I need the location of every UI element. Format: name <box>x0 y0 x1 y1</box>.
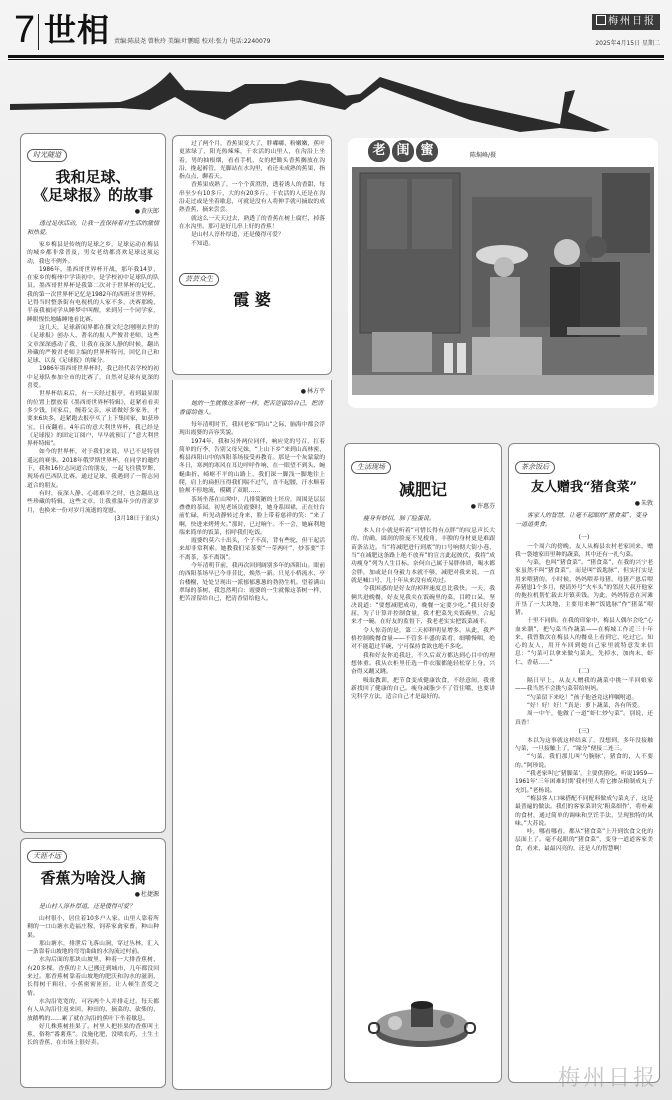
article-body: 山村很小，居住着10多户人家。山里人靠着所剩的一口山塘水造福庄稼，饲养家禽家畜，… <box>27 915 159 1048</box>
newspaper-logo: 梅州日报 <box>592 14 660 30</box>
newspaper-name: 梅州日报 <box>608 16 656 27</box>
article-byline: 许惠芬 <box>351 501 495 510</box>
article-title: 我和足球、 《足球报》的故事 <box>27 168 159 204</box>
column-tag: 茶余饭后 <box>515 461 555 474</box>
article-byline: 杜捷源 <box>27 889 159 898</box>
article-football: 时光隧道 我和足球、 《足球报》的故事 黄庆郎 透过足球活动，让我一直保持着对生… <box>20 133 166 833</box>
article-body: (一) 一个周六的傍晚，友人从梅县农村老家回来，赠我一袋她家田里种的蔬菜，其中还… <box>515 533 653 853</box>
article-byline: 黄庆郎 <box>27 206 159 215</box>
section-heading: (一) <box>515 533 653 543</box>
article-body: 本人自小就是听着“可惜长得有点胖”的叹息声长大的。的确，圆润的脸庞不见棱角，丰腴… <box>351 527 495 701</box>
issue-date: 2025年4月15日 星期二 <box>595 38 660 47</box>
news-photo <box>352 167 654 395</box>
article-lead: 客家人的智慧，让毫不起眼的“猪食菜”，变身一道道美食。 <box>515 511 653 529</box>
section-heading: (二) <box>515 667 653 677</box>
photo-column-title: 老 闺 蜜 <box>368 140 438 162</box>
photo-credit: 陈焖峰/摄 <box>470 150 496 159</box>
article-signoff: (3月18日于汕头) <box>27 515 159 523</box>
article-title: 减肥记 <box>351 480 495 499</box>
article-byline: 林方平 <box>179 386 325 395</box>
section-title: 世相 <box>44 10 110 50</box>
column-tag: 芸芸众生 <box>179 273 219 286</box>
article-lead: 是山村人淳朴厚道，还是傻得可爱？ <box>27 902 159 911</box>
editor-credits: 责编:陈晨尧 曾秋玲 美编:叶鹏聪 校对:张力 电话:2240079 <box>114 36 270 45</box>
article-body: 过了两个月，香蕉果变大了，胖嘟嘟，粉嫩嫩，蕉叶更浓绿了，阳光热辣辣，干农活的山里… <box>179 140 325 248</box>
heart-char-2: 闺 <box>392 140 414 162</box>
article-body: 每年清明时节，我回老家“阴山”之际，脑海中都会浮现出霞婆的音容笑貌。 1974年… <box>179 421 325 604</box>
page-masthead: 7 世相 责编:陈晨尧 曾秋玲 美编:叶鹏聪 校对:张力 电话:2240079 … <box>8 6 664 56</box>
page-number: 7 <box>14 10 35 50</box>
logo-mark-icon <box>596 15 606 25</box>
article-title: 霞 婆 <box>179 290 325 309</box>
article-diet: 生活现场 减肥记 许惠芬 瘦身有妙招，肺了脸蛋说。 本人自小就是听着“可惜长得有… <box>344 443 502 1083</box>
roof-eaves-illustration <box>0 62 672 142</box>
article-byline: 朱敦 <box>515 498 653 507</box>
article-title: 香蕉为啥没人摘 <box>27 869 159 887</box>
elderly-women-photo-illustration <box>352 167 654 395</box>
article-vegetable: 茶余饭后 友人赠我“猪食菜” 朱敦 客家人的智慧，让毫不起眼的“猪食菜”，变身一… <box>508 443 660 1083</box>
article-lead: 透过足球活动，让我一直保持着对生活的激情和热爱。 <box>27 219 159 237</box>
masthead-rule <box>8 55 664 58</box>
column-tag: 天涯不远 <box>27 850 67 863</box>
article-banana: 天涯不远 香蕉为啥没人摘 杜捷源 是山村人淳朴厚道，还是傻得可爱？ 山村很小，居… <box>20 838 166 1088</box>
newspaper-watermark: 梅州日报 <box>558 1061 658 1092</box>
article-body: 家乡梅县是传统的足球之乡，足球运动在梅县的城乡都非常普及，男女老幼都喜欢足球这项… <box>27 241 159 515</box>
article-title: 友人赠我“猪食菜” <box>515 480 653 496</box>
section-heading: (三) <box>515 727 653 737</box>
masthead-rule-thin <box>8 59 664 60</box>
column-tag: 生活现场 <box>351 461 391 474</box>
masthead-divider <box>38 14 39 50</box>
hotpot-illustration <box>367 997 477 1052</box>
article-lead: 瘦身有妙招，肺了脸蛋说。 <box>351 514 495 523</box>
article-xiapo: 林方平 她的一生就像这茶树一样，把苦涩留给自己，把清香留给他人。 每年清明时节，… <box>172 380 332 1090</box>
article-lead: 她的一生就像这茶树一样，把苦涩留给自己，把清香留给他人。 <box>179 399 325 417</box>
heart-char-1: 老 <box>368 140 390 162</box>
heart-char-3: 蜜 <box>416 140 438 162</box>
column-tag: 时光隧道 <box>27 149 67 162</box>
article-banana-continued: 过了两个月，香蕉果变大了，胖嘟嘟，粉嫩嫩，蕉叶更浓绿了，阳光热辣辣，干农活的山里… <box>172 135 332 375</box>
